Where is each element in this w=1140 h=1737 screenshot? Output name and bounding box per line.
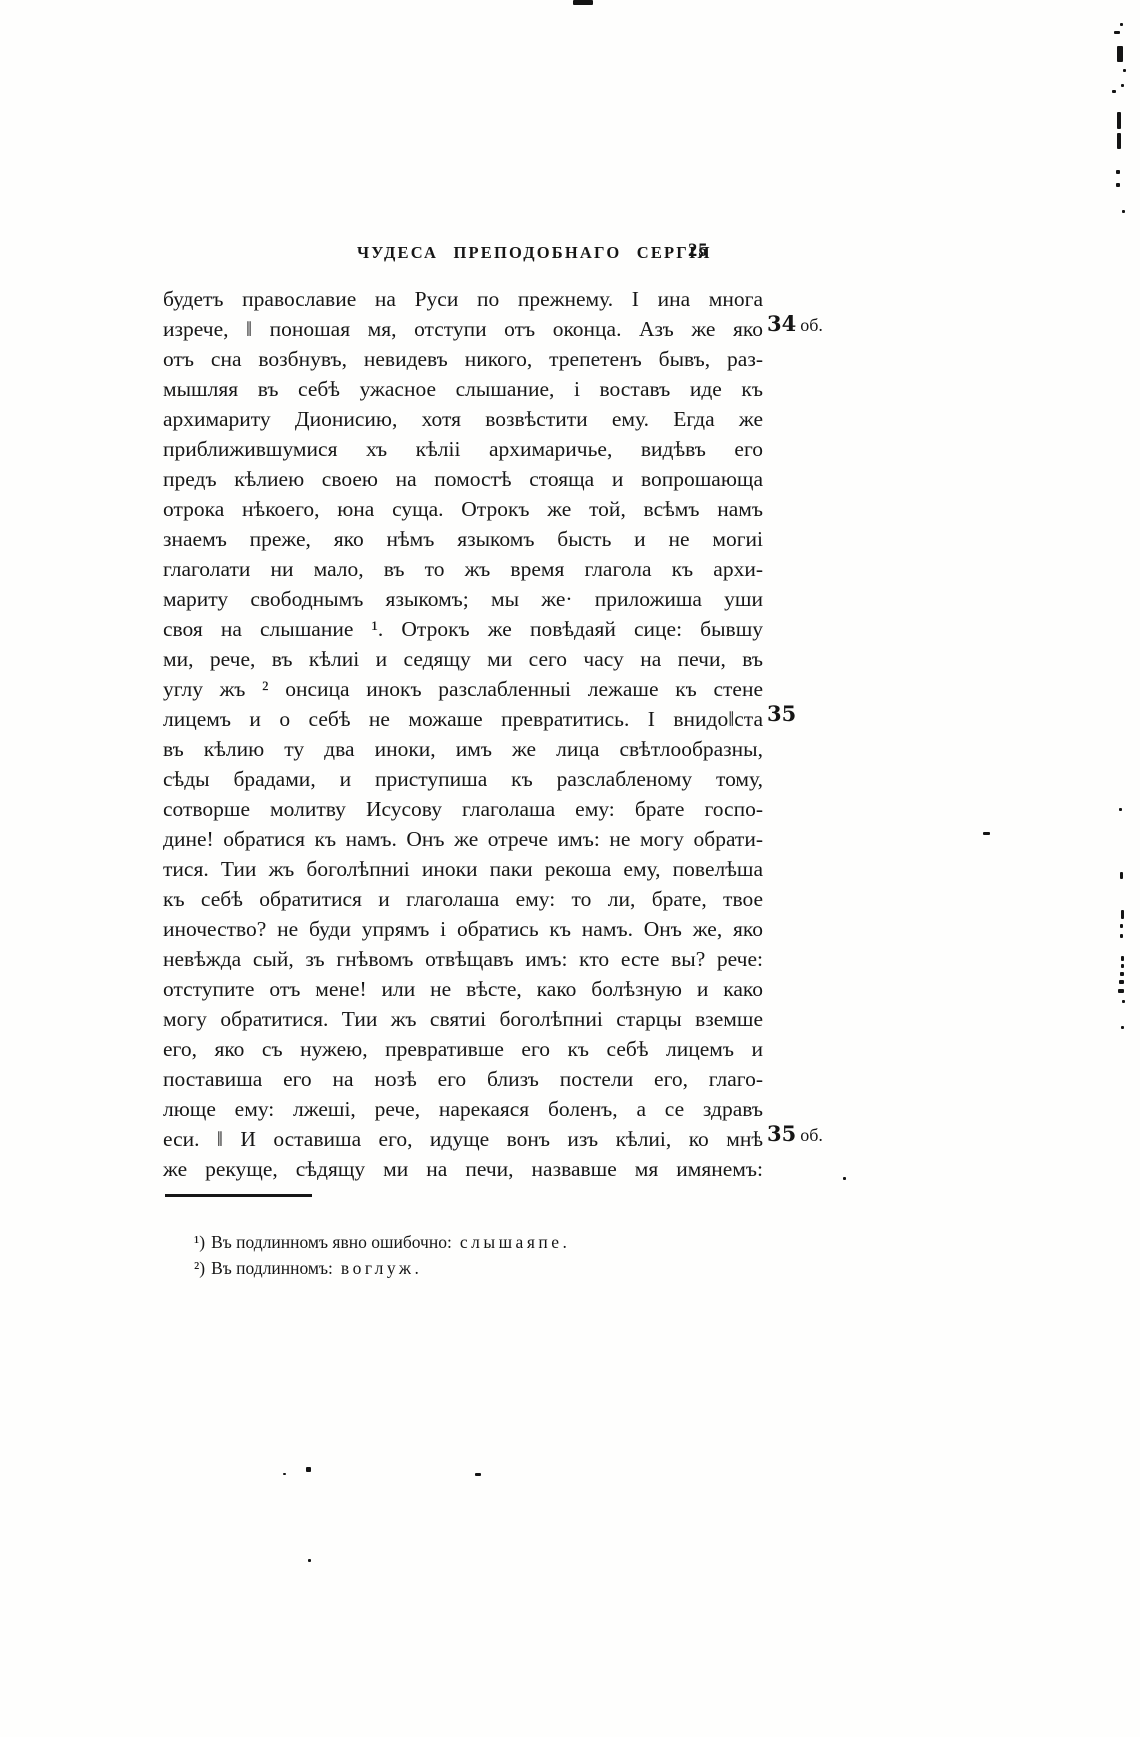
text-line: люще ему: лжеші, рече, нарекаяся боленъ,… <box>163 1094 763 1124</box>
text-line: отступите отъ мене! или не вѣсте, како б… <box>163 974 763 1004</box>
scan-speck <box>1119 808 1122 811</box>
scan-speck <box>1122 210 1125 213</box>
scan-speck <box>308 1559 311 1562</box>
text-line: знаемъ преже, яко нѣмъ языкомъ бысть и н… <box>163 524 763 554</box>
page-number: 25 <box>688 241 709 262</box>
folio-number: 35 <box>767 701 796 726</box>
footnotes: ¹)Въ подлинномъ явно ошибочно:слышаяпе. … <box>194 1229 774 1281</box>
folio-suffix: об. <box>800 1125 823 1145</box>
footnote-marker: ²) <box>194 1258 205 1278</box>
text-line: ми, рече, въ кѣлиі и седящу ми сего часу… <box>163 644 763 674</box>
folio-suffix: об. <box>800 315 823 335</box>
text-line: мышляя въ себѣ ужасное слышание, і воста… <box>163 374 763 404</box>
text-line: отъ сна возбнувъ, невидевъ никого, трепе… <box>163 344 763 374</box>
footnote-text: Въ подлинномъ: <box>211 1258 333 1278</box>
text-line: въ кѣлию ту два иноки, имъ же лица свѣтл… <box>163 734 763 764</box>
scan-speck <box>1120 23 1123 26</box>
scan-speck <box>1117 112 1121 129</box>
folio-margin-note: 35 <box>767 701 800 726</box>
scan-speck <box>1117 133 1121 149</box>
text-line: сотворше молитву Исусову глаголаша ему: … <box>163 794 763 824</box>
scan-speck <box>1116 183 1120 187</box>
folio-margin-note: 34об. <box>767 311 823 336</box>
scan-speck <box>1120 872 1123 879</box>
footnote-marker: ¹) <box>194 1232 205 1252</box>
page-header-title: ЧУДЕСА ПРЕПОДОБНАГО СЕРГІЯ <box>357 243 712 263</box>
footnote-quoted-word: слышаяпе. <box>460 1232 571 1252</box>
scan-speck <box>1120 972 1124 976</box>
text-line: тися. Тии жъ боголѣпниі иноки паки рекош… <box>163 854 763 884</box>
text-line: изрече, ‖ поношая мя, отступи отъ оконца… <box>163 314 763 344</box>
text-line: къ себѣ обратитися и глаголаша ему: то л… <box>163 884 763 914</box>
text-line: невѣжда сый, зъ гнѣвомъ отвѣщавъ имъ: кт… <box>163 944 763 974</box>
scan-speck <box>475 1473 481 1476</box>
scan-speck <box>1120 924 1123 928</box>
text-line: своя на слышание ¹. Отрокъ же повѣдаяй с… <box>163 614 763 644</box>
scan-speck <box>283 1473 286 1475</box>
text-line: отрока нѣкоего, юна суща. Отрокъ же той,… <box>163 494 763 524</box>
footnote: ¹)Въ подлинномъ явно ошибочно:слышаяпе. <box>194 1229 774 1255</box>
scan-speck <box>1121 1026 1124 1029</box>
text-line: сѣды брадами, и приступиша къ разслаблен… <box>163 764 763 794</box>
scan-speck <box>1119 980 1124 984</box>
body-text: будетъ православие на Руси по прежнему. … <box>163 284 763 1184</box>
scan-speck <box>1118 989 1124 993</box>
text-line: мариту свободнымъ языкомъ; мы же· прилож… <box>163 584 763 614</box>
footnote: ²)Въ подлинномъ:воглуж. <box>194 1255 774 1281</box>
text-line: поставиша его на нозѣ его близъ постели … <box>163 1064 763 1094</box>
folio-margin-note: 35об. <box>767 1121 823 1146</box>
scan-speck <box>1120 934 1123 938</box>
folio-number: 35 <box>767 1121 796 1146</box>
text-line: предъ кѣлиею своею на помостѣ стояща и в… <box>163 464 763 494</box>
scan-speck <box>573 0 593 5</box>
text-line: приближившумися хъ кѣліі архимаричье, ви… <box>163 434 763 464</box>
text-line: дине! обратися къ намъ. Онъ же отрече им… <box>163 824 763 854</box>
scan-speck <box>1121 964 1124 968</box>
text-line: еси. ‖ И оставиша его, идуще вонъ изъ кѣ… <box>163 1124 763 1154</box>
text-line: будетъ православие на Руси по прежнему. … <box>163 284 763 314</box>
scan-speck <box>1116 170 1120 174</box>
scan-speck <box>1122 1000 1125 1003</box>
book-page: ЧУДЕСА ПРЕПОДОБНАГО СЕРГІЯ 25 будетъ пра… <box>0 0 1140 1737</box>
scan-speck <box>1117 46 1123 62</box>
text-line: углу жъ ² онсица инокъ разслабленныі леж… <box>163 674 763 704</box>
text-line: лицемъ и о себѣ не можаше превратитись. … <box>163 704 763 734</box>
scan-speck <box>1112 90 1116 93</box>
text-line: архимариту Дионисию, хотя возвѣстити ему… <box>163 404 763 434</box>
scan-speck <box>1123 69 1126 72</box>
scan-speck <box>1121 956 1124 961</box>
text-line: иночество? не буди упрямъ і обратись къ … <box>163 914 763 944</box>
scan-speck <box>983 832 990 835</box>
scan-speck <box>1121 910 1124 919</box>
text-line: глаголати ни мало, въ то жъ время глагол… <box>163 554 763 584</box>
scan-speck <box>1121 84 1124 87</box>
scan-speck <box>306 1467 311 1472</box>
footnote-separator-rule <box>165 1194 312 1197</box>
footnote-quoted-word: воглуж. <box>341 1258 422 1278</box>
scan-speck <box>1114 31 1120 34</box>
footnote-text: Въ подлинномъ явно ошибочно: <box>211 1232 452 1252</box>
text-line: же рекуще, сѣдящу ми на печи, назвавше м… <box>163 1154 763 1184</box>
folio-number: 34 <box>767 311 796 336</box>
text-line: могу обратитися. Тии жъ святиі боголѣпни… <box>163 1004 763 1034</box>
text-line: его, яко съ нужею, превративше его къ се… <box>163 1034 763 1064</box>
scan-speck <box>843 1177 846 1180</box>
